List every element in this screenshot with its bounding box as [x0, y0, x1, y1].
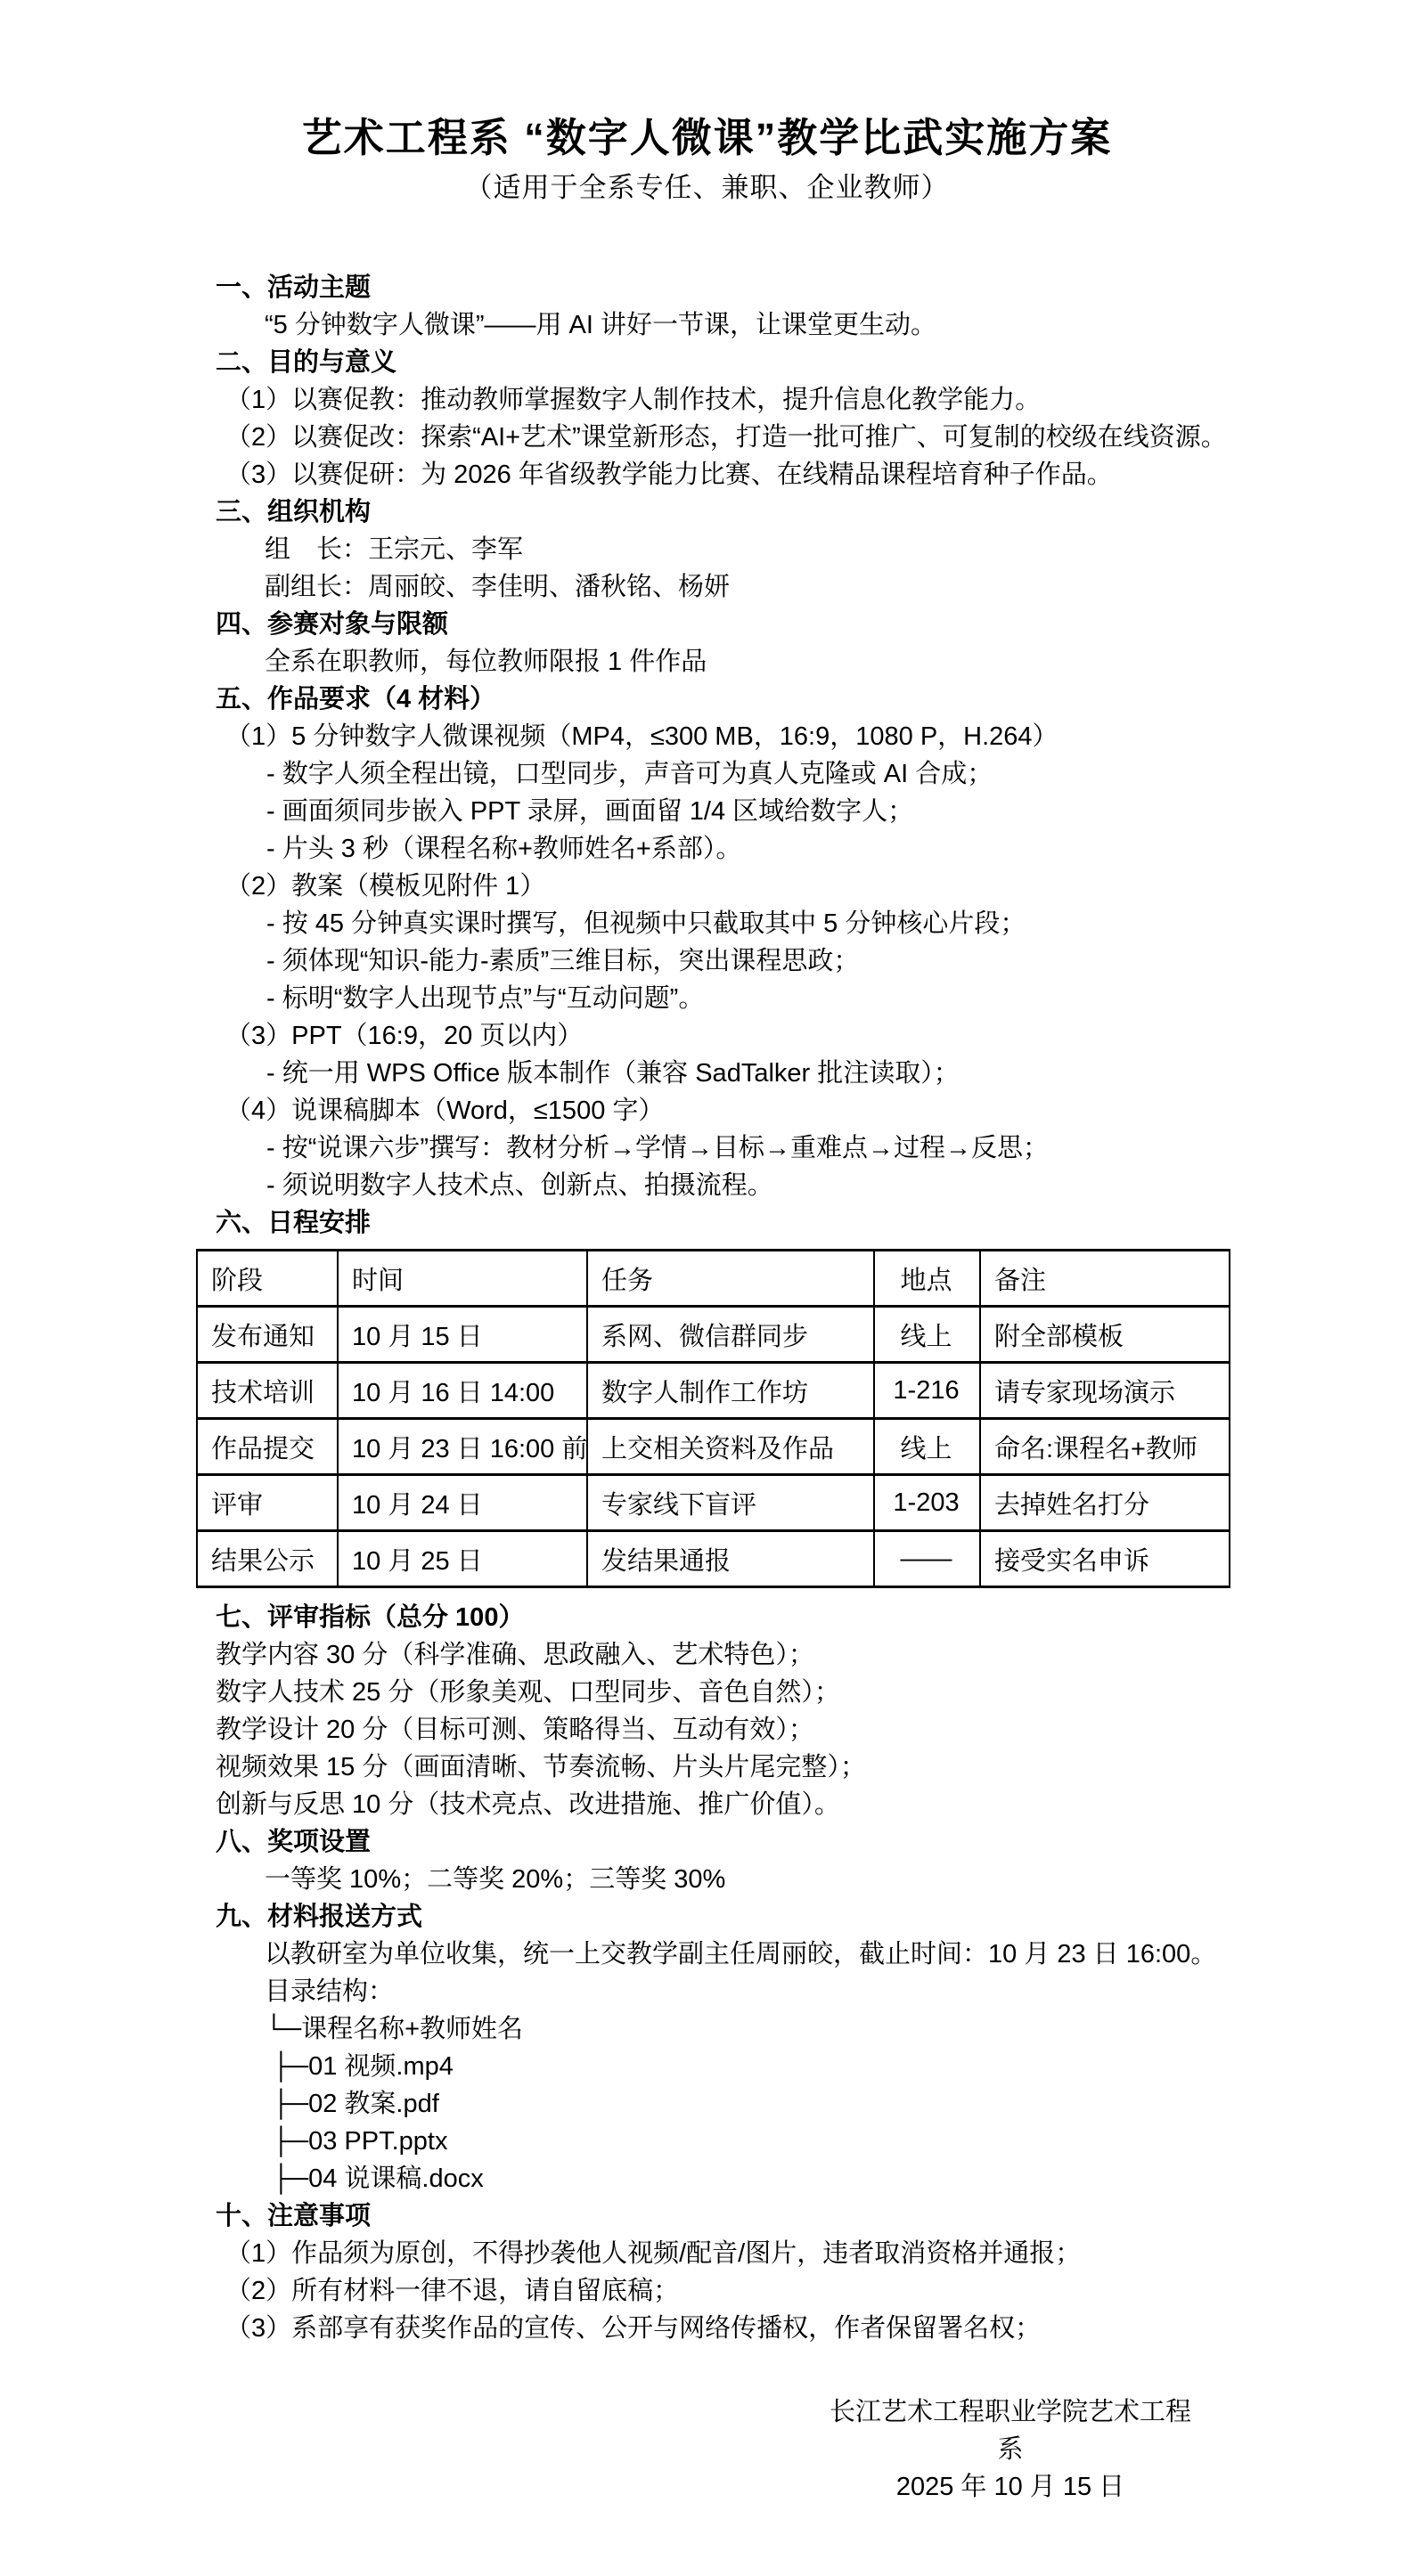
table-cell: 命名:课程名+教师: [980, 1419, 1230, 1475]
awards-text: 一等奖 10%；二等奖 20%；三等奖 30%: [265, 1861, 1414, 1898]
requirement-4-bullet: - 须说明数字人技术点、创新点、拍摄流程。: [266, 1167, 1414, 1204]
signature-block: 长江艺术工程职业学院艺术工程系 2025 年 10 月 15 日: [818, 2393, 1203, 2506]
table-cell: 10 月 15 日: [338, 1307, 587, 1363]
tree-item-script: ├─04 说课稿.docx: [272, 2160, 1414, 2197]
deputy-leader-line: 副组长：周丽皎、李佳明、潘秋铭、杨妍: [265, 568, 1414, 606]
table-cell: 10 月 25 日: [338, 1531, 587, 1587]
requirement-2-label: （2）教案（模板见附件 1）: [225, 868, 1414, 905]
section-1-heading: 一、活动主题: [216, 269, 1414, 306]
table-header-row: 阶段 时间 任务 地点 备注: [197, 1251, 1230, 1307]
participants-text: 全系在职教师，每位教师限报 1 件作品: [265, 643, 1414, 681]
table-cell: 技术培训: [197, 1363, 338, 1419]
table-cell: 结果公示: [197, 1531, 338, 1587]
footer-date: 2025 年 10 月 15 日: [818, 2468, 1203, 2506]
section-4-heading: 四、参赛对象与限额: [216, 606, 1414, 643]
table-cell: 发布通知: [197, 1307, 338, 1363]
table-row: 评审 10 月 24 日 专家线下盲评 1-203 去掉姓名打分: [197, 1475, 1230, 1531]
requirement-4-bullet: - 按“说课六步”撰写：教材分析→学情→目标→重难点→过程→反思；: [266, 1129, 1414, 1167]
requirement-2-bullet: - 按 45 分钟真实课时撰写，但视频中只截取其中 5 分钟核心片段；: [266, 905, 1414, 942]
section-10-heading: 十、注意事项: [216, 2197, 1414, 2235]
tree-root: └─课程名称+教师姓名: [265, 2010, 1414, 2048]
table-cell: 专家线下盲评: [587, 1475, 874, 1531]
section-2-heading: 二、目的与意义: [216, 344, 1414, 381]
purpose-item-1: （1）以赛促教：推动教师掌握数字人制作技术，提升信息化教学能力。: [225, 381, 1414, 419]
section-9-heading: 九、材料报送方式: [216, 1898, 1414, 1936]
table-cell: 作品提交: [197, 1419, 338, 1475]
table-cell: 1-216: [874, 1363, 980, 1419]
tree-item-ppt: ├─03 PPT.pptx: [272, 2123, 1414, 2160]
notice-item-2: （2）所有材料一律不退，请自留底稿；: [225, 2272, 1414, 2310]
requirement-2-bullet: - 须体现“知识-能力-素质”三维目标，突出课程思政；: [266, 942, 1414, 980]
requirement-3-label: （3）PPT（16:9，20 页以内）: [225, 1017, 1414, 1055]
table-cell: 请专家现场演示: [980, 1363, 1230, 1419]
col-header-time: 时间: [338, 1251, 587, 1307]
section-8-heading: 八、奖项设置: [216, 1823, 1414, 1861]
requirement-1-label: （1）5 分钟数字人微课视频（MP4，≤300 MB，16:9，1080 P，H…: [225, 718, 1414, 755]
section-7-heading: 七、评审指标（总分 100）: [216, 1599, 1414, 1636]
requirement-1-bullet: - 数字人须全程出镜，口型同步，声音可为真人克隆或 AI 合成；: [266, 755, 1414, 793]
table-cell: 上交相关资料及作品: [587, 1419, 874, 1475]
table-cell: ——: [874, 1531, 980, 1587]
document-page: 艺术工程系 “数字人微课”教学比武实施方案 （适用于全系专任、兼职、企业教师） …: [0, 0, 1414, 2576]
table-row: 作品提交 10 月 23 日 16:00 前 上交相关资料及作品 线上 命名:课…: [197, 1419, 1230, 1475]
table-cell: 10 月 16 日 14:00: [338, 1363, 587, 1419]
section-6-heading: 六、日程安排: [216, 1204, 1414, 1242]
submission-text: 以教研室为单位收集，统一上交教学副主任周丽皎，截止时间：10 月 23 日 16…: [265, 1936, 1414, 1973]
table-cell: 去掉姓名打分: [980, 1475, 1230, 1531]
criteria-item-innovation: 创新与反思 10 分（技术亮点、改进措施、推广价值）。: [216, 1786, 1414, 1823]
table-cell: 评审: [197, 1475, 338, 1531]
col-header-stage: 阶段: [197, 1251, 338, 1307]
table-cell: 线上: [874, 1307, 980, 1363]
table-cell: 发结果通报: [587, 1531, 874, 1587]
table-cell: 数字人制作工作坊: [587, 1363, 874, 1419]
doc-subtitle: （适用于全系专任、兼职、企业教师）: [0, 171, 1414, 205]
table-cell: 1-203: [874, 1475, 980, 1531]
purpose-item-2: （2）以赛促改：探索“AI+艺术”课堂新形态，打造一批可推广、可复制的校级在线资…: [225, 419, 1414, 456]
criteria-item-video: 视频效果 15 分（画面清晰、节奏流畅、片头片尾完整）；: [216, 1749, 1414, 1786]
section-5-heading: 五、作品要求（4 材料）: [216, 681, 1414, 718]
col-header-note: 备注: [980, 1251, 1230, 1307]
table-cell: 系网、微信群同步: [587, 1307, 874, 1363]
table-cell: 10 月 23 日 16:00 前: [338, 1419, 587, 1475]
criteria-item-design: 教学设计 20 分（目标可测、策略得当、互动有效）；: [216, 1711, 1414, 1749]
doc-title: 艺术工程系 “数字人微课”教学比武实施方案: [0, 114, 1414, 162]
requirement-3-bullet: - 统一用 WPS Office 版本制作（兼容 SadTalker 批注读取）…: [266, 1055, 1414, 1092]
requirement-4-label: （4）说课稿脚本（Word，≤1500 字）: [225, 1092, 1414, 1129]
section-3-heading: 三、组织机构: [216, 493, 1414, 531]
table-row: 发布通知 10 月 15 日 系网、微信群同步 线上 附全部模板: [197, 1307, 1230, 1363]
group-leader-line: 组 长：王宗元、李军: [265, 531, 1414, 568]
table-cell: 附全部模板: [980, 1307, 1230, 1363]
notice-item-3: （3）系部享有获奖作品的宣传、公开与网络传播权，作者保留署名权；: [225, 2310, 1414, 2347]
table-row: 结果公示 10 月 25 日 发结果通报 —— 接受实名申诉: [197, 1531, 1230, 1587]
requirement-1-bullet: - 画面须同步嵌入 PPT 录屏，画面留 1/4 区域给数字人；: [266, 793, 1414, 830]
col-header-task: 任务: [587, 1251, 874, 1307]
requirement-2-bullet: - 标明“数字人出现节点”与“互动问题”。: [266, 980, 1414, 1017]
requirement-1-bullet: - 片头 3 秒（课程名称+教师姓名+系部）。: [266, 830, 1414, 868]
purpose-item-3: （3）以赛促研：为 2026 年省级教学能力比赛、在线精品课程培育种子作品。: [225, 456, 1414, 493]
table-row: 技术培训 10 月 16 日 14:00 数字人制作工作坊 1-216 请专家现…: [197, 1363, 1230, 1419]
notice-item-1: （1）作品须为原创，不得抄袭他人视频/配音/图片，违者取消资格并通报；: [225, 2235, 1414, 2272]
directory-structure-label: 目录结构：: [265, 1973, 1414, 2010]
table-cell: 10 月 24 日: [338, 1475, 587, 1531]
table-cell: 接受实名申诉: [980, 1531, 1230, 1587]
table-cell: 线上: [874, 1419, 980, 1475]
schedule-table: 阶段 时间 任务 地点 备注 发布通知 10 月 15 日 系网、微信群同步 线…: [196, 1249, 1230, 1588]
tree-item-lesson-plan: ├─02 教案.pdf: [272, 2085, 1414, 2123]
criteria-item-content: 教学内容 30 分（科学准确、思政融入、艺术特色）；: [216, 1636, 1414, 1674]
criteria-item-avatar-tech: 数字人技术 25 分（形象美观、口型同步、音色自然）；: [216, 1674, 1414, 1711]
footer-organization: 长江艺术工程职业学院艺术工程系: [818, 2393, 1203, 2468]
activity-theme-text: “5 分钟数字人微课”——用 AI 讲好一节课，让课堂更生动。: [265, 306, 1414, 344]
col-header-location: 地点: [874, 1251, 980, 1307]
tree-item-video: ├─01 视频.mp4: [272, 2048, 1414, 2085]
document-body: 艺术工程系 “数字人微课”教学比武实施方案 （适用于全系专任、兼职、企业教师） …: [0, 0, 1414, 2506]
